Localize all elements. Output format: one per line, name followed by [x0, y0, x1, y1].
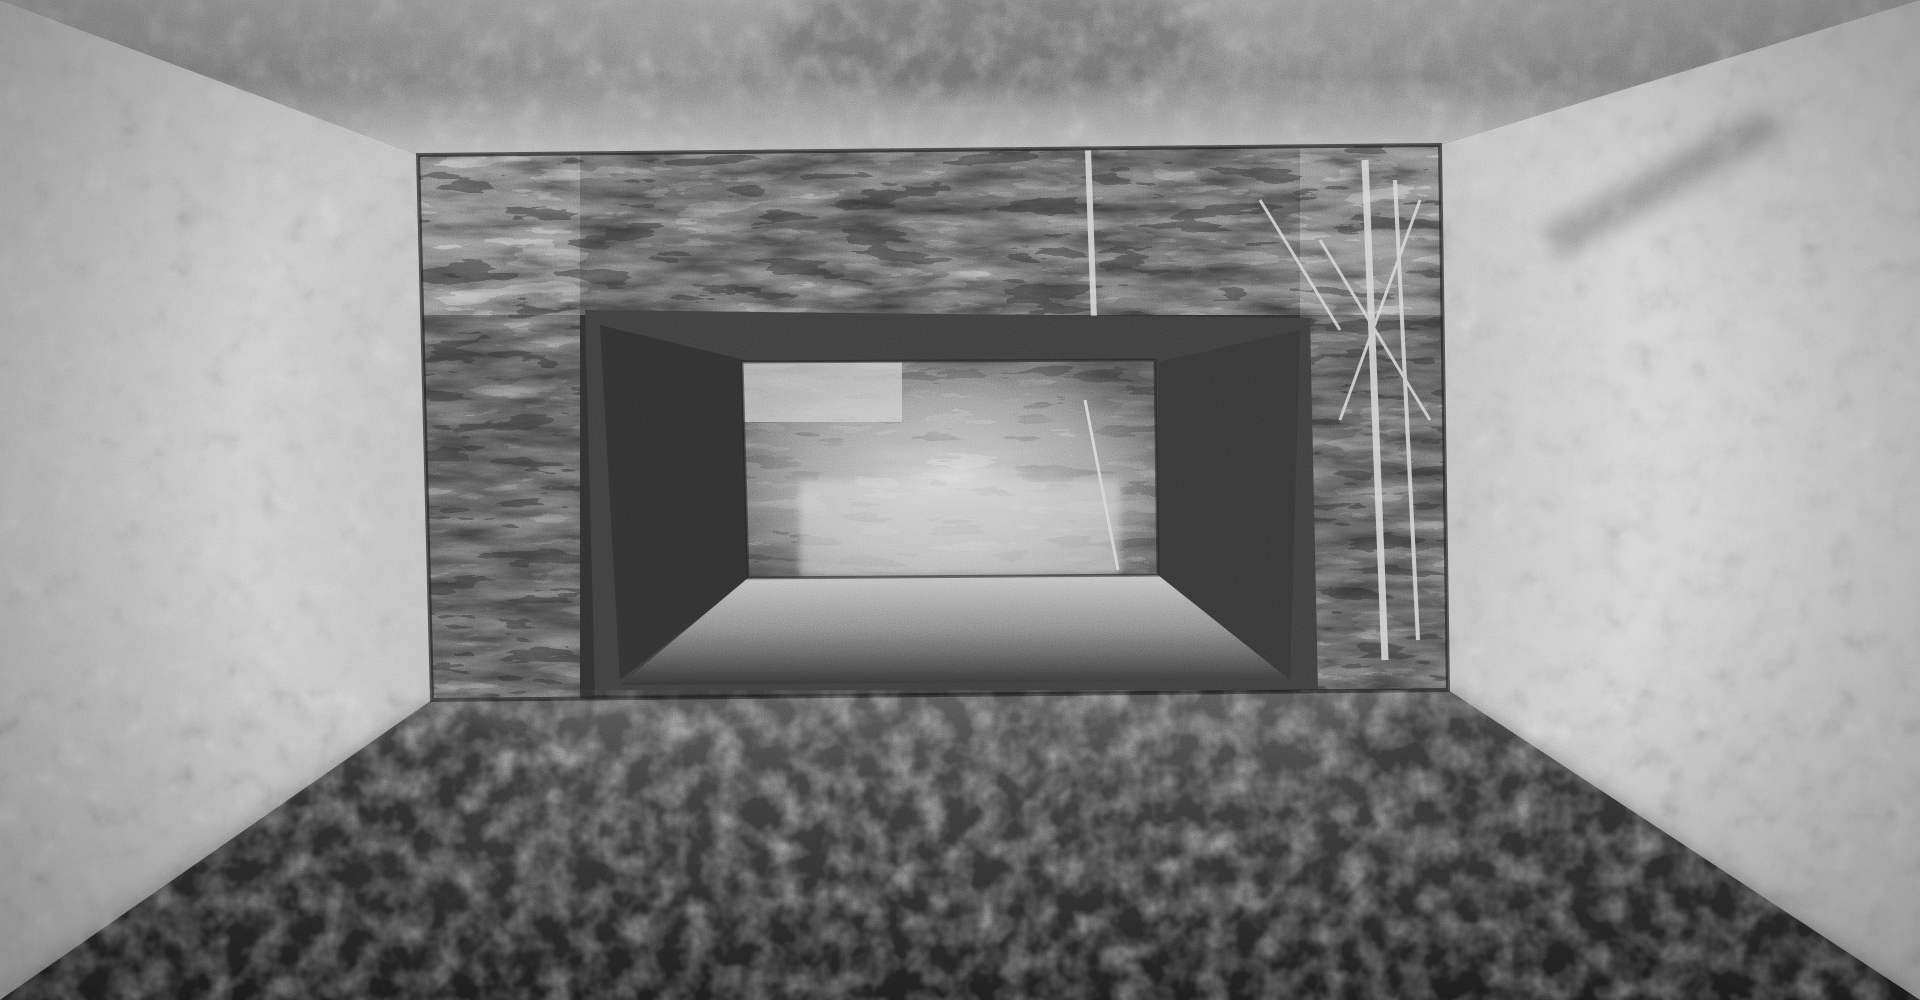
far-culvert-opening [740, 358, 1160, 580]
culvert-scene-svg [0, 0, 1920, 1000]
culvert-photo [0, 0, 1920, 1000]
bright-grass [800, 480, 1120, 575]
left-foliage [410, 140, 580, 700]
far-sky [742, 362, 902, 422]
